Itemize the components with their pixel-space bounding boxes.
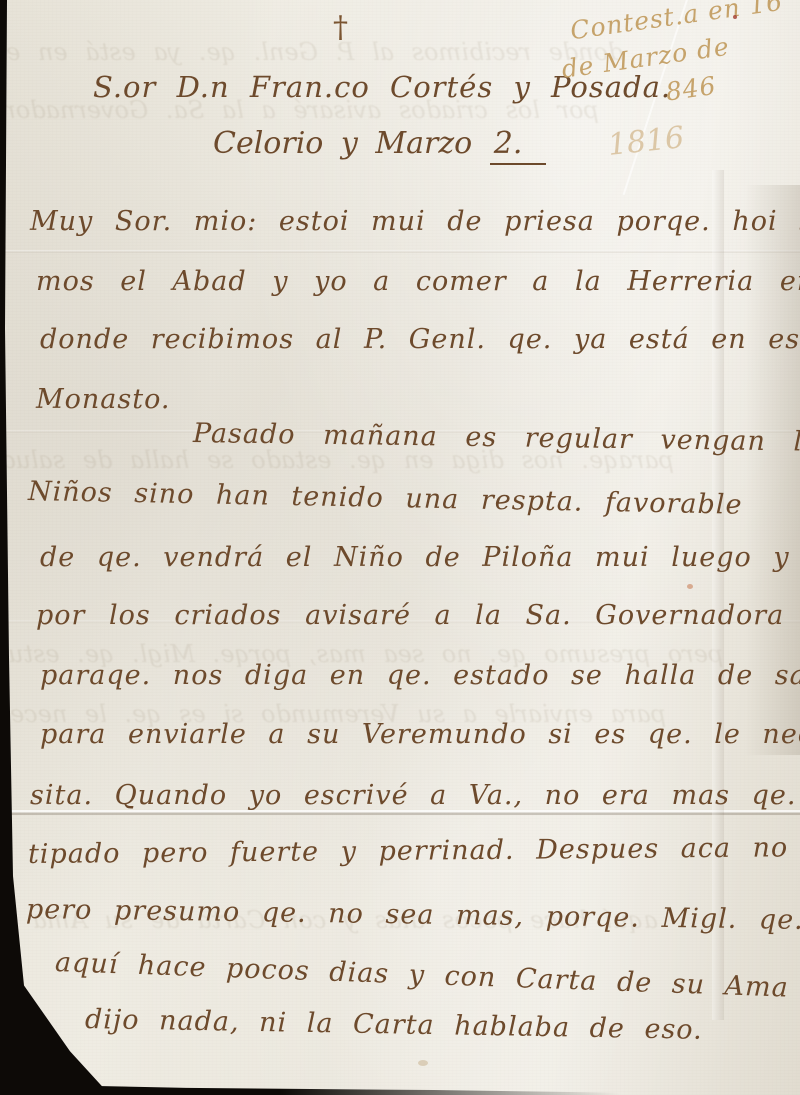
- letter-line: mos el Abad y yo a comer a la Herreria e…: [36, 266, 800, 297]
- letter-line: Muy Sor. mio: estoi mui de priesa porqe.…: [30, 206, 800, 237]
- bleed-through-text: donde recibimos al P. Genl. qe. ya está …: [0, 38, 623, 66]
- scanned-letter-page: donde recibimos al P. Genl. qe. ya está …: [0, 0, 800, 1095]
- cross-mark: †: [333, 10, 348, 45]
- letter-line: tipado pero fuerte y perrinad. Despues a…: [28, 832, 800, 870]
- docket-reply-note: Contest.a en 16 de Marzo de 846: [558, 0, 800, 124]
- letter-line: dijo nada, ni la Carta hablaba de eso.: [85, 1004, 703, 1046]
- fold-crease: [0, 250, 800, 253]
- letter-line: paraqe. nos diga en qe. estado se halla …: [40, 660, 800, 691]
- letter-line: por los criados avisaré a la Sa. Governa…: [36, 600, 784, 631]
- letter-line: de qe. vendrá el Niño de Piloña mui lueg…: [40, 542, 790, 573]
- letter-line: para enviarle a su Veremundo si es qe. l…: [40, 719, 800, 750]
- dateline-day: 2.: [490, 126, 547, 165]
- dateline: Celorio y Marzo 2.: [213, 126, 546, 161]
- paper-stain: [687, 584, 693, 589]
- letter-line: Niños sino han tenido una respta. favora…: [28, 476, 743, 521]
- letter-line: Pasado mañana es regular vengan los: [193, 418, 800, 458]
- letter-line: aquí hace pocos dias y con Carta de su A…: [54, 947, 800, 1006]
- faint-year-note: 1816: [606, 120, 686, 163]
- dateline-place: Celorio y Marzo: [213, 126, 472, 161]
- paper-stain: [418, 1060, 428, 1066]
- letter-line: pero presumo qe. no sea mas, porqe. Migl…: [26, 894, 800, 937]
- vertical-fold-crease: [712, 170, 724, 1020]
- letter-line: Monasto.: [36, 384, 170, 415]
- red-ink-dot: [733, 15, 737, 19]
- letter-line: donde recibimos al P. Genl. qe. ya está …: [40, 324, 800, 355]
- letter-line: sita. Quando yo escrivé a Va., no era ma…: [30, 780, 800, 811]
